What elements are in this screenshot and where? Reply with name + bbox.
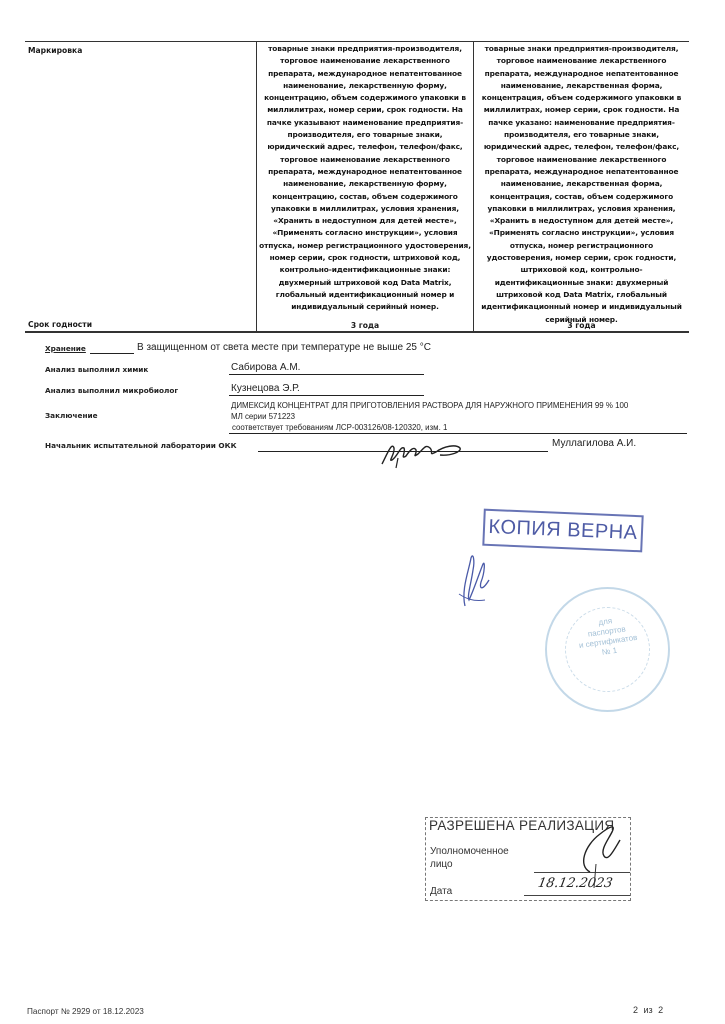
authorized-signature-icon bbox=[560, 820, 630, 890]
round-seal-text: для паспортов и сертификатов № 1 bbox=[545, 609, 670, 665]
shelf-life-requirement: 3 года bbox=[257, 321, 473, 330]
storage-label: Хранение bbox=[45, 344, 86, 353]
head-of-lab-label: Начальник испытательной лаборатории ОКК bbox=[45, 441, 237, 450]
release-date-rule bbox=[524, 895, 630, 896]
chemist-value: Сабирова А.М. bbox=[231, 362, 300, 373]
specification-table: Маркировка Срок годности товарные знаки … bbox=[25, 41, 689, 333]
parameter-column: Маркировка Срок годности bbox=[25, 42, 256, 331]
copy-certified-stamp: КОПИЯ ВЕРНА bbox=[482, 509, 643, 553]
authorized-person-label-2: лицо bbox=[430, 858, 453, 871]
conclusion-rule bbox=[229, 433, 687, 434]
certification-signature-icon bbox=[455, 550, 495, 610]
page-indicator: 2 из 2 bbox=[633, 1005, 663, 1015]
marking-result-text: товарные знаки предприятия-производителя… bbox=[474, 42, 689, 326]
row-label-marking: Маркировка bbox=[28, 46, 82, 55]
microbiologist-value: Кузнецова Э.Р. bbox=[231, 383, 300, 394]
shelf-life-result: 3 года bbox=[474, 321, 689, 330]
storage-value: В защищенном от света месте при температ… bbox=[137, 342, 431, 353]
authorized-person-label-1: Уполномоченное bbox=[430, 845, 509, 858]
conclusion-label: Заключение bbox=[45, 411, 98, 420]
microbiologist-rule bbox=[229, 395, 424, 396]
conclusion-line-2: МЛ серии 571223 bbox=[231, 412, 295, 421]
round-seal-stamp: для паспортов и сертификатов № 1 bbox=[545, 587, 670, 712]
chemist-label: Анализ выполнил химик bbox=[45, 365, 148, 374]
microbiologist-label: Анализ выполнил микробиолог bbox=[45, 386, 178, 395]
chemist-rule bbox=[229, 374, 424, 375]
marking-requirement-text: товарные знаки предприятия-производителя… bbox=[257, 42, 473, 314]
conclusion-line-1: ДИМЕКСИД КОНЦЕНТРАТ ДЛЯ ПРИГОТОВЛЕНИЯ РА… bbox=[231, 401, 628, 410]
storage-blank-rule bbox=[90, 353, 134, 354]
result-column: товарные знаки предприятия-производителя… bbox=[473, 42, 689, 331]
requirement-column: товарные знаки предприятия-производителя… bbox=[256, 42, 473, 331]
row-label-shelf-life: Срок годности bbox=[28, 320, 92, 329]
storage-row: Хранение bbox=[45, 343, 86, 353]
head-signature-icon bbox=[380, 438, 470, 468]
conclusion-line-3: соответствует требованиям ЛСР-003126/08-… bbox=[232, 423, 447, 432]
head-of-lab-name: Муллагилова А.И. bbox=[552, 438, 636, 449]
release-date-label: Дата bbox=[430, 885, 452, 898]
passport-number: Паспорт № 2929 от 18.12.2023 bbox=[27, 1007, 144, 1016]
